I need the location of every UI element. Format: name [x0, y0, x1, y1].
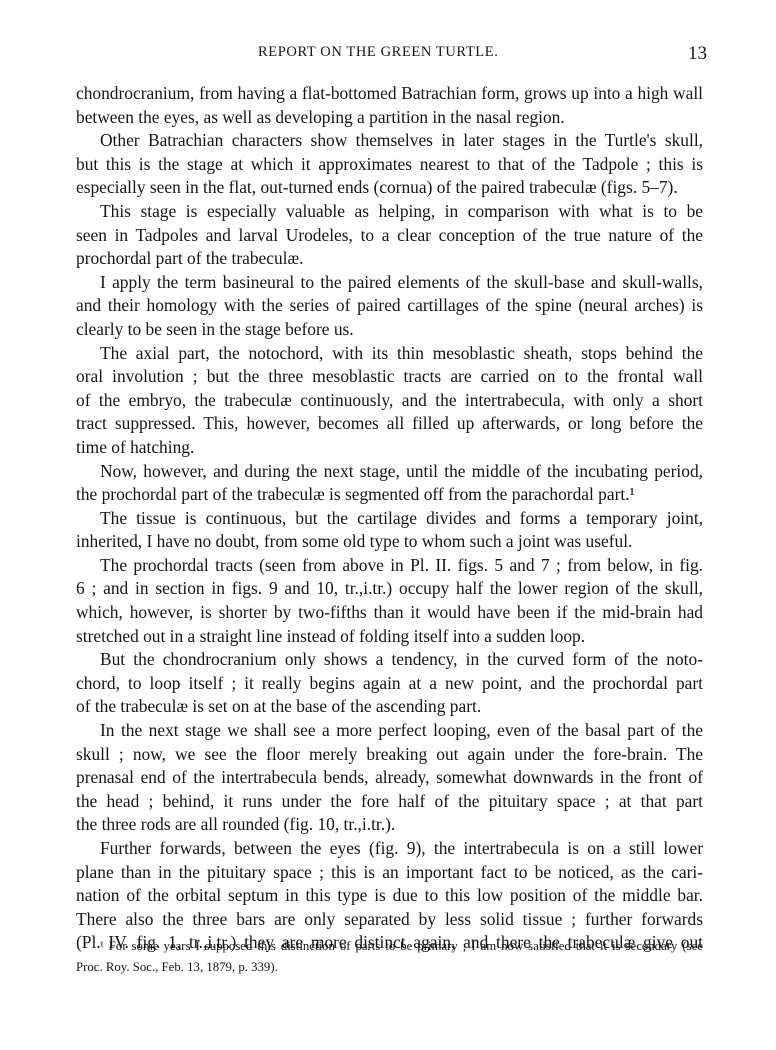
text-line: Other Batrachian characters show themsel… — [76, 129, 703, 153]
text-line: There also the three bars are only separ… — [76, 908, 703, 932]
text-line: This stage is especially valuable as hel… — [76, 200, 703, 224]
text-line: the prochordal part of the trabeculæ is … — [76, 483, 703, 507]
footnote-line: ¹ For some years I supposed this distinc… — [76, 936, 703, 957]
text-line: prenasal end of the intertrabecula bends… — [76, 766, 703, 790]
text-line: seen in Tadpoles and larval Urodeles, to… — [76, 224, 703, 248]
text-line: which, however, is shorter by two-fifths… — [76, 601, 703, 625]
text-line: 6 ; and in section in figs. 9 and 10, tr… — [76, 577, 703, 601]
text-line: The prochordal tracts (seen from above i… — [76, 554, 703, 578]
footnotes: ¹ For some years I supposed this distinc… — [76, 936, 703, 978]
text-line: The axial part, the notochord, with its … — [76, 342, 703, 366]
text-line: clearly to be seen in the stage before u… — [76, 318, 703, 342]
text-line: of the trabeculæ is set on at the base o… — [76, 695, 703, 719]
text-line: But the chondrocranium only shows a tend… — [76, 648, 703, 672]
footnote-line: Proc. Roy. Soc., Feb. 13, 1879, p. 339). — [76, 957, 703, 978]
text-line: nation of the orbital septum in this typ… — [76, 884, 703, 908]
text-line: time of hatching. — [76, 436, 703, 460]
text-line: In the next stage we shall see a more pe… — [76, 719, 703, 743]
body-text: chondrocranium, from having a flat-botto… — [76, 82, 703, 955]
text-line: the head ; behind, it runs under the for… — [76, 790, 703, 814]
text-line: skull ; now, we see the floor merely bre… — [76, 743, 703, 767]
page-number: 13 — [688, 43, 707, 65]
text-line: and their homology with the series of pa… — [76, 294, 703, 318]
text-line: chord, to loop itself ; it really begins… — [76, 672, 703, 696]
text-line: especially seen in the flat, out-turned … — [76, 176, 703, 200]
text-line: tract suppressed. This, however, becomes… — [76, 412, 703, 436]
text-line: prochordal part of the trabeculæ. — [76, 247, 703, 271]
text-line: chondrocranium, from having a flat-botto… — [76, 82, 703, 106]
text-line: between the eyes, as well as developing … — [76, 106, 703, 130]
text-line: The tissue is continuous, but the cartil… — [76, 507, 703, 531]
text-line: the three rods are all rounded (fig. 10,… — [76, 813, 703, 837]
text-line: Further forwards, between the eyes (fig.… — [76, 837, 703, 861]
text-line: oral involution ; but the three mesoblas… — [76, 365, 703, 389]
text-line: inherited, I have no doubt, from some ol… — [76, 530, 703, 554]
text-line: of the embryo, the trabeculæ continuousl… — [76, 389, 703, 413]
page-header: REPORT ON THE GREEN TURTLE. 13 — [0, 44, 776, 66]
text-line: Now, however, and during the next stage,… — [76, 460, 703, 484]
text-line: plane than in the pituitary space ; this… — [76, 861, 703, 885]
text-line: stretched out in a straight line instead… — [76, 625, 703, 649]
running-title: REPORT ON THE GREEN TURTLE. — [258, 44, 498, 61]
text-line: but this is the stage at which it approx… — [76, 153, 703, 177]
text-line: I apply the term basineural to the paire… — [76, 271, 703, 295]
